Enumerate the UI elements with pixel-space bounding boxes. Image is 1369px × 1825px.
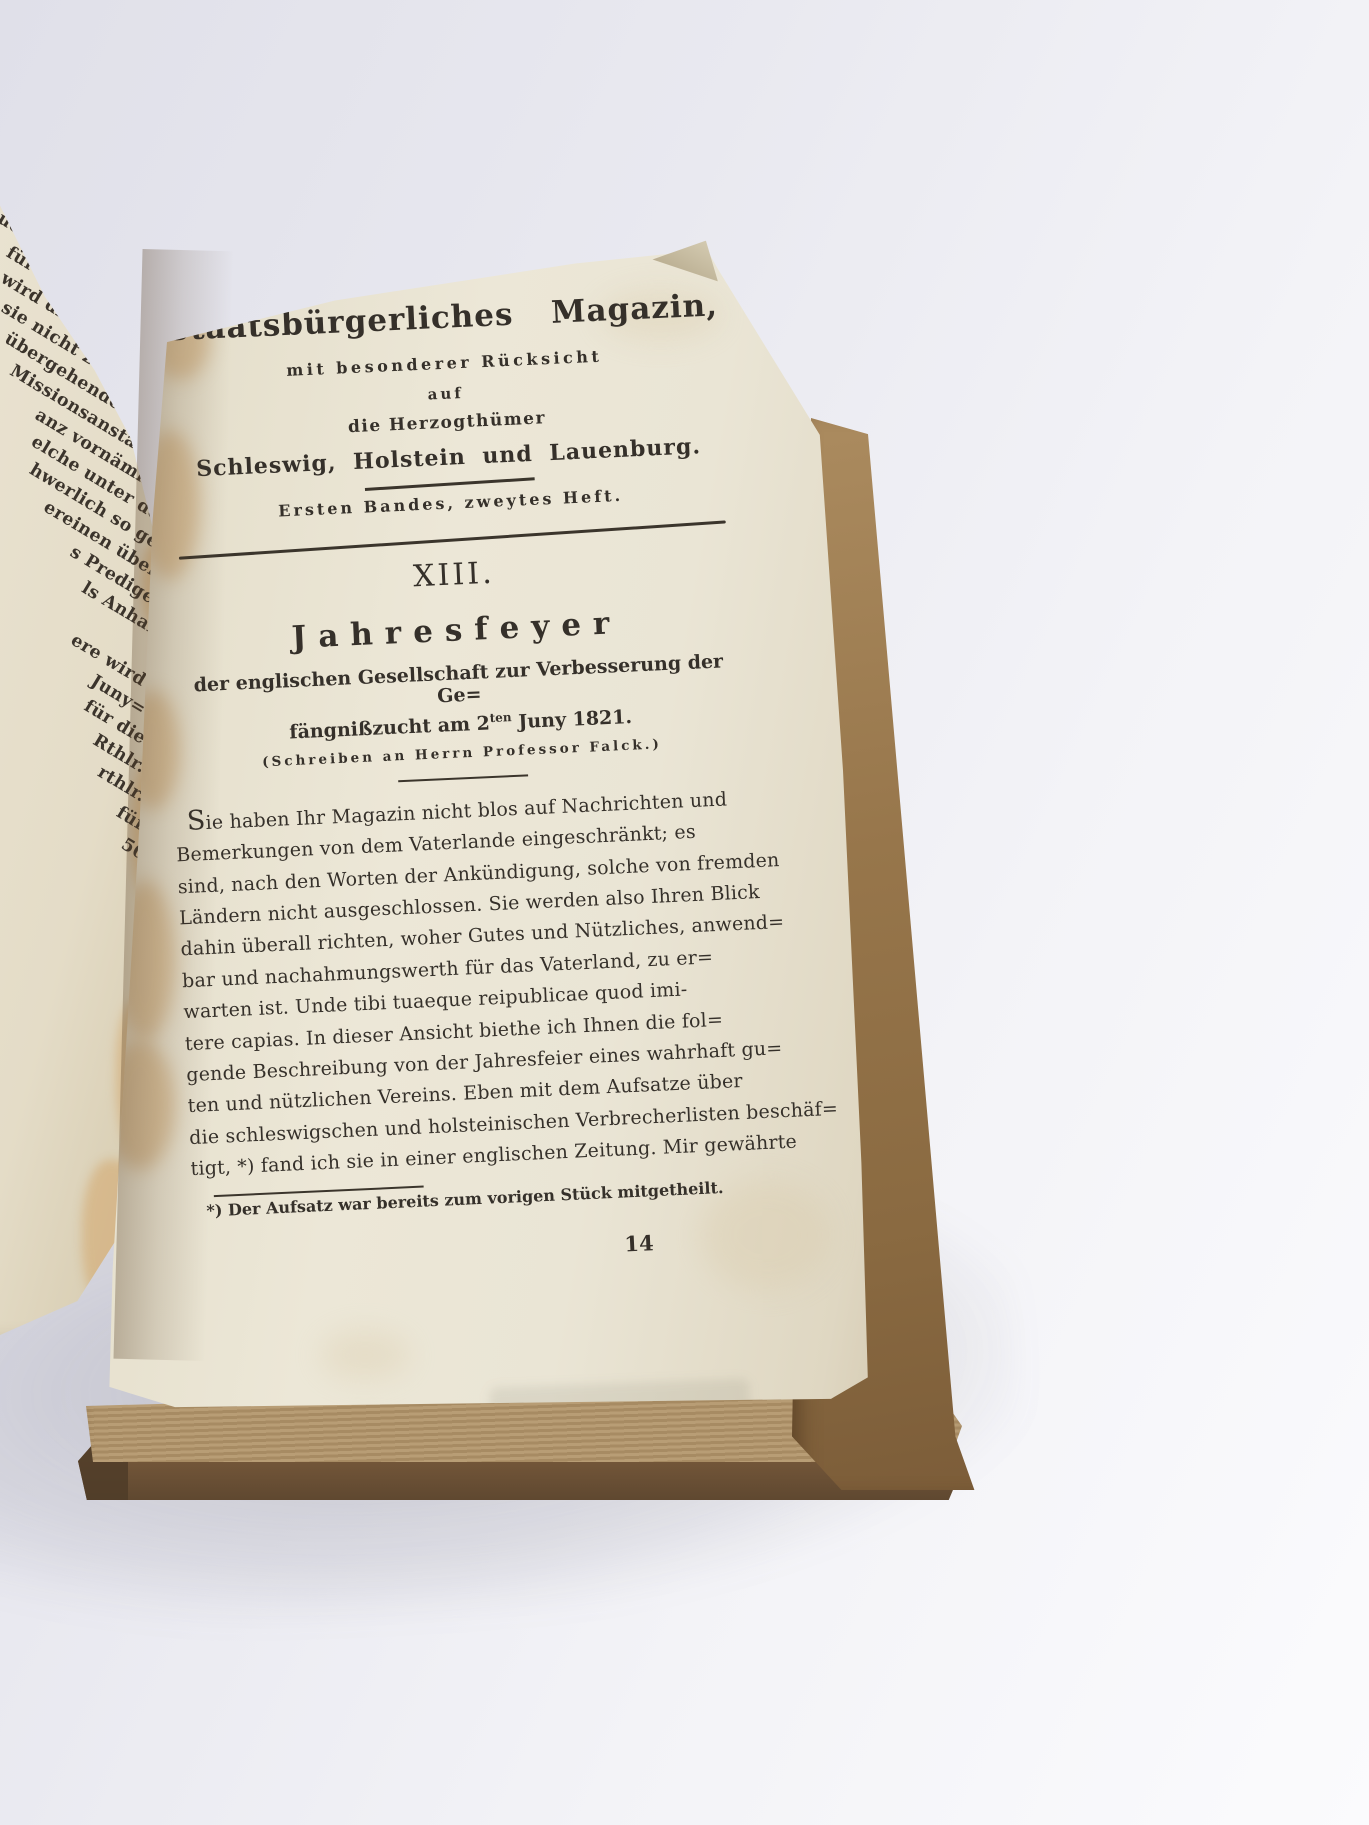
footnote: *) Der Aufsatz war bereits zum vorigen S… — [192, 1175, 772, 1220]
page-number: 14 — [194, 1224, 775, 1275]
subtitle-text: fängnißzucht am 2 — [289, 712, 490, 743]
photo-of-open-book: euem abgedruckt we für die Missionsan wi… — [0, 0, 1369, 1825]
issue-line: Ersten Bandes, zweytes Heft. — [161, 480, 741, 525]
fragment-group: ere wird Juny= für die Rthlr. rthlr. für… — [0, 668, 144, 871]
body-text: Sie haben Ihr Magazin nicht blos auf Nac… — [174, 780, 771, 1186]
printed-page-content: Staatsbürgerliches Magazin, mit besonder… — [151, 271, 775, 1276]
divider-rule — [398, 774, 528, 782]
ordinal-superscript: ten — [489, 710, 512, 725]
subtitle-text: Juny 1821. — [511, 705, 632, 732]
stain — [320, 1330, 410, 1380]
divider-rule — [365, 477, 535, 490]
